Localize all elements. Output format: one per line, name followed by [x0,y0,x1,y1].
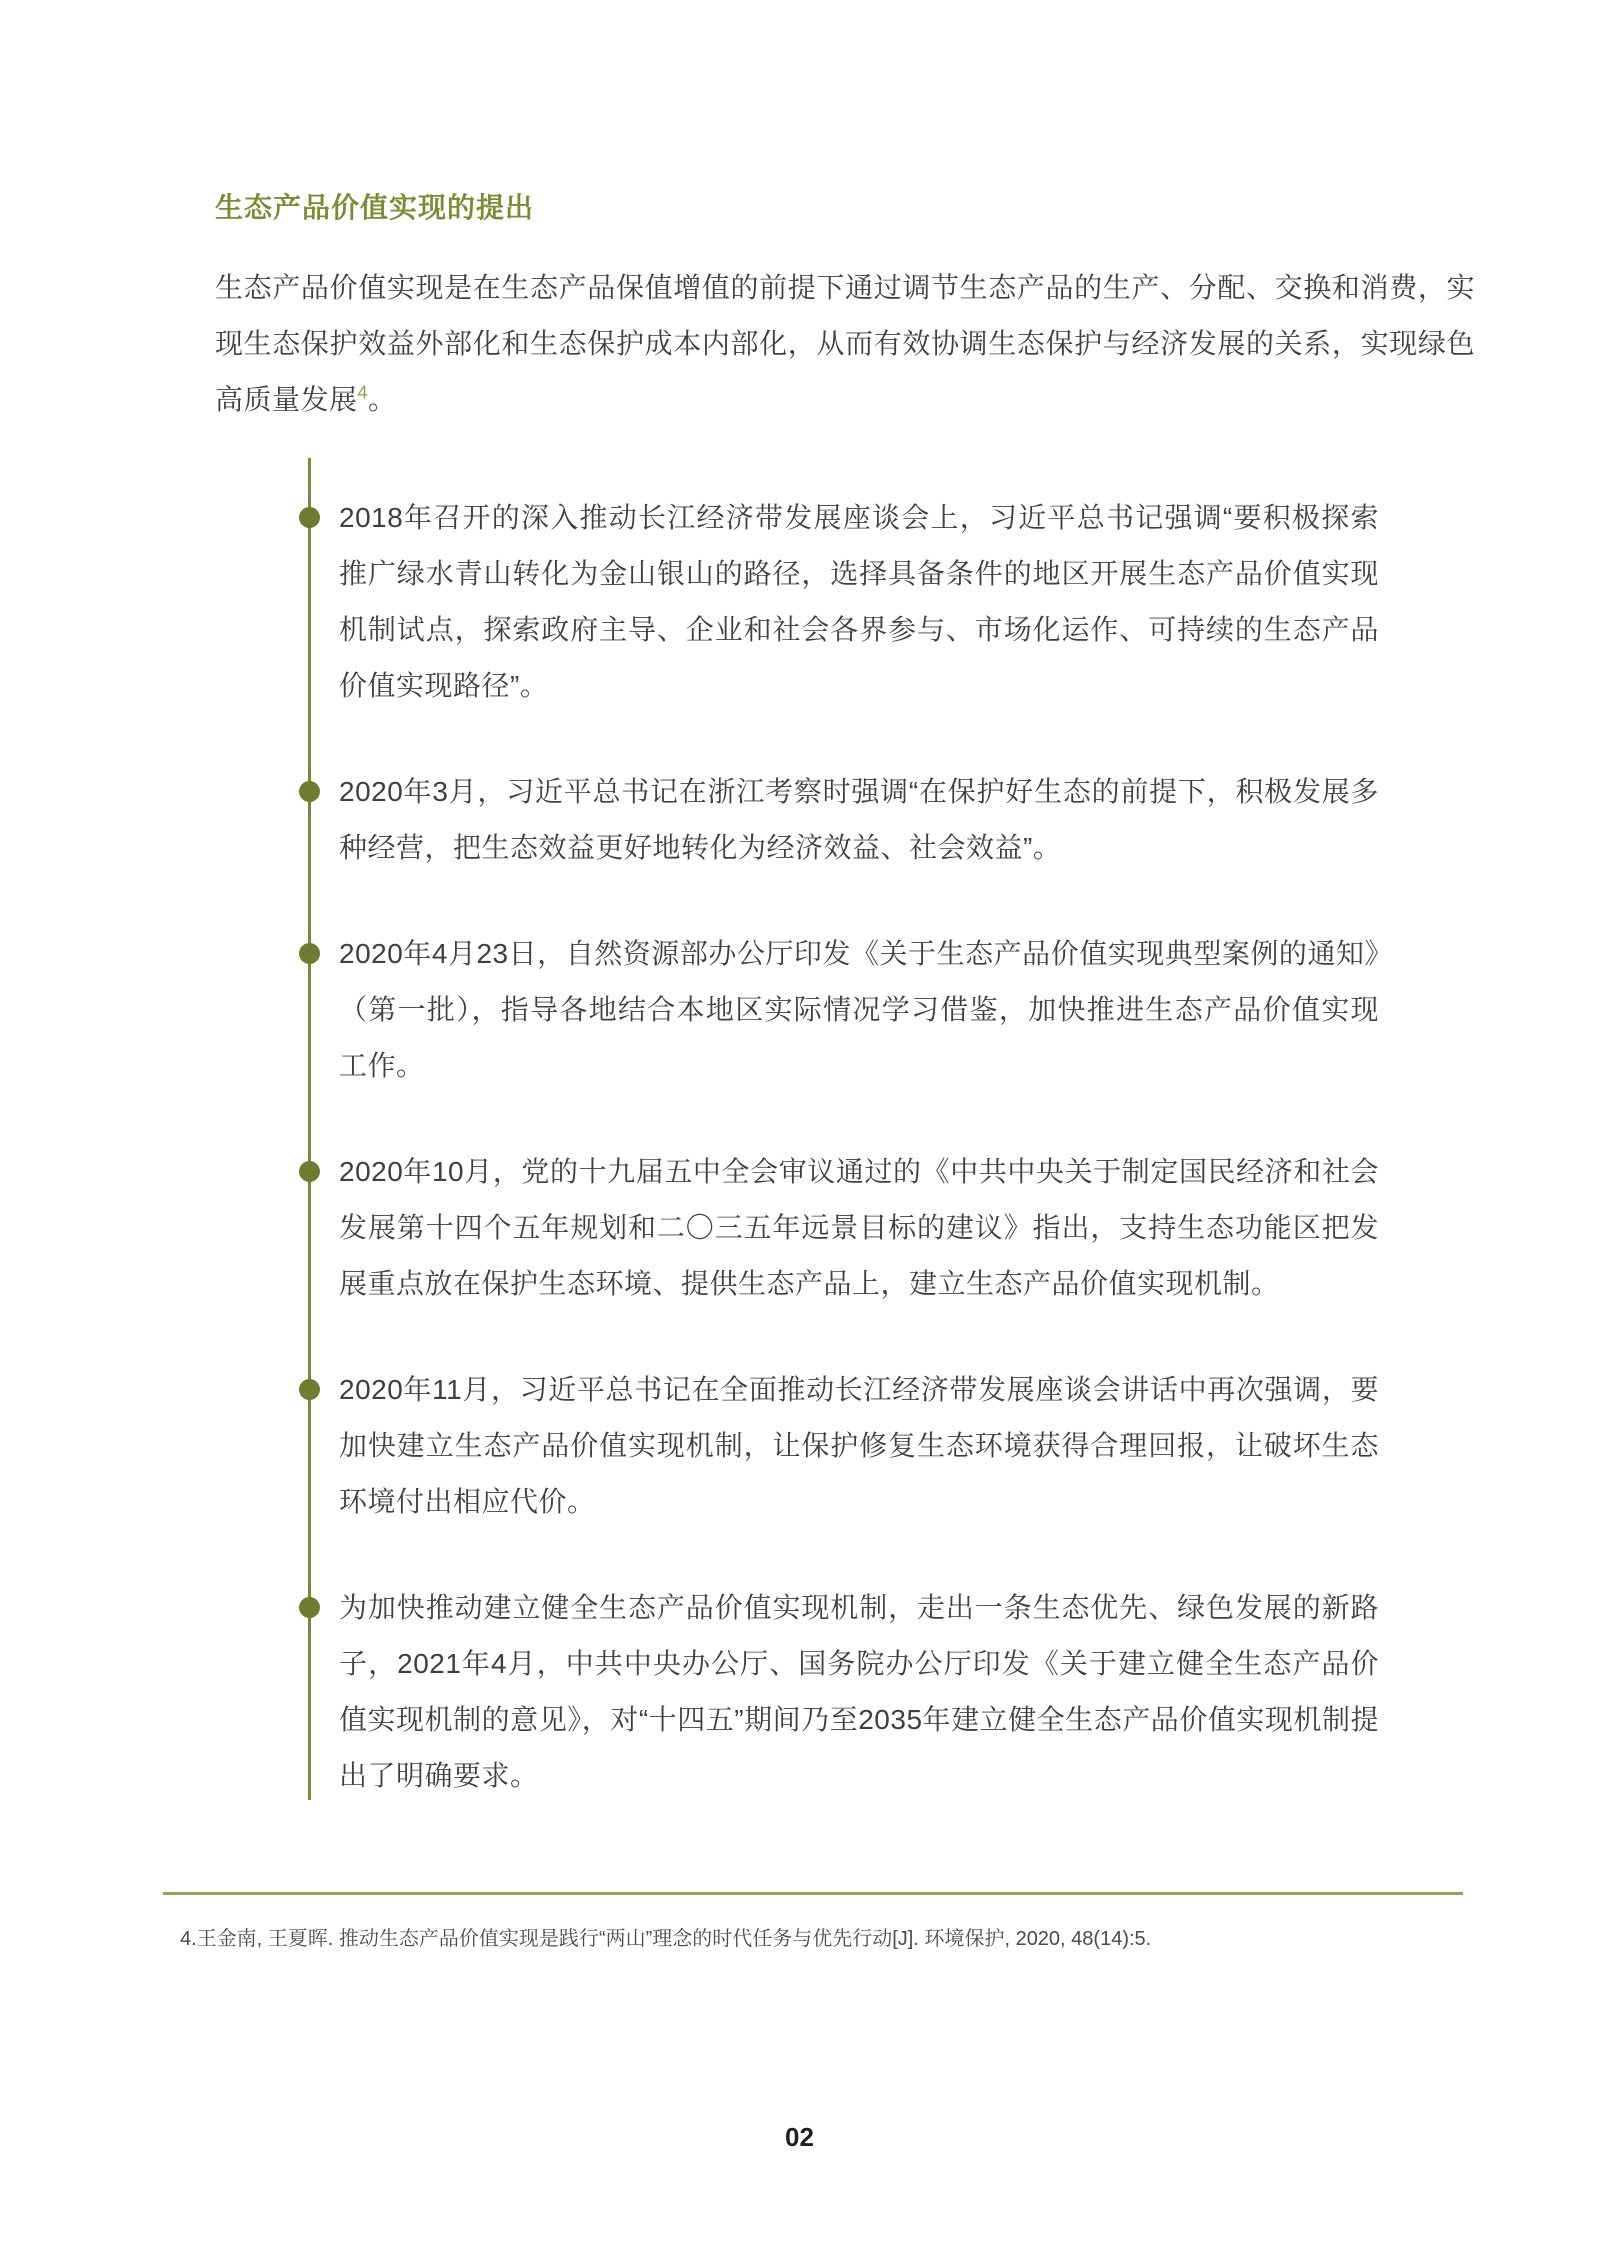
bullet-dot-icon [299,1161,320,1182]
footnote-divider [163,1892,1463,1895]
bullet-dot-icon [299,1597,320,1618]
timeline-item-text: 为加快推动建立健全生态产品价值实现机制，走出一条生态优先、绿色发展的新路子，20… [339,1592,1379,1791]
bullet-dot-icon [299,507,320,528]
bullet-dot-icon [299,943,320,964]
timeline-item-text: 2018年召开的深入推动长江经济带发展座谈会上，习近平总书记强调“要积极探索推广… [339,502,1379,701]
section-heading: 生态产品价值实现的提出 [215,192,1475,226]
timeline-item-text: 2020年3月，习近平总书记在浙江考察时强调“在保护好生态的前提下，积极发展多种… [339,776,1379,863]
timeline-item: 2020年11月，习近平总书记在全面推动长江经济带发展座谈会讲话中再次强调，要加… [308,1362,1379,1530]
timeline-item-text: 2020年11月，习近平总书记在全面推动长江经济带发展座谈会讲话中再次强调，要加… [339,1374,1379,1517]
timeline: 2018年召开的深入推动长江经济带发展座谈会上，习近平总书记强调“要积极探索推广… [308,490,1475,1804]
intro-text: 生态产品价值实现是在生态产品保值增值的前提下通过调节生态产品的生产、分配、交换和… [215,272,1475,415]
bullet-dot-icon [299,1379,320,1400]
footnote-text: 4.王金南, 王夏晖. 推动生态产品价值实现是践行“两山”理念的时代任务与优先行… [180,1925,1475,1953]
intro-period: 。 [368,384,397,415]
page-number: 02 [0,2122,1599,2153]
footnote-reference-superscript: 4 [358,383,369,403]
timeline-item-text: 2020年4月23日，自然资源部办公厅印发《关于生态产品价值实现典型案例的通知》… [339,938,1379,1081]
timeline-item: 2020年4月23日，自然资源部办公厅印发《关于生态产品价值实现典型案例的通知》… [308,926,1379,1094]
intro-paragraph: 生态产品价值实现是在生态产品保值增值的前提下通过调节生态产品的生产、分配、交换和… [215,260,1475,428]
bullet-dot-icon [299,781,320,802]
timeline-item: 2020年3月，习近平总书记在浙江考察时强调“在保护好生态的前提下，积极发展多种… [308,764,1379,876]
timeline-item: 为加快推动建立健全生态产品价值实现机制，走出一条生态优先、绿色发展的新路子，20… [308,1580,1379,1804]
timeline-item-text: 2020年10月，党的十九届五中全会审议通过的《中共中央关于制定国民经济和社会发… [339,1156,1379,1299]
timeline-item: 2018年召开的深入推动长江经济带发展座谈会上，习近平总书记强调“要积极探索推广… [308,490,1379,714]
document-page: 生态产品价值实现的提出 生态产品价值实现是在生态产品保值增值的前提下通过调节生态… [0,0,1599,2244]
timeline-item: 2020年10月，党的十九届五中全会审议通过的《中共中央关于制定国民经济和社会发… [308,1144,1379,1312]
